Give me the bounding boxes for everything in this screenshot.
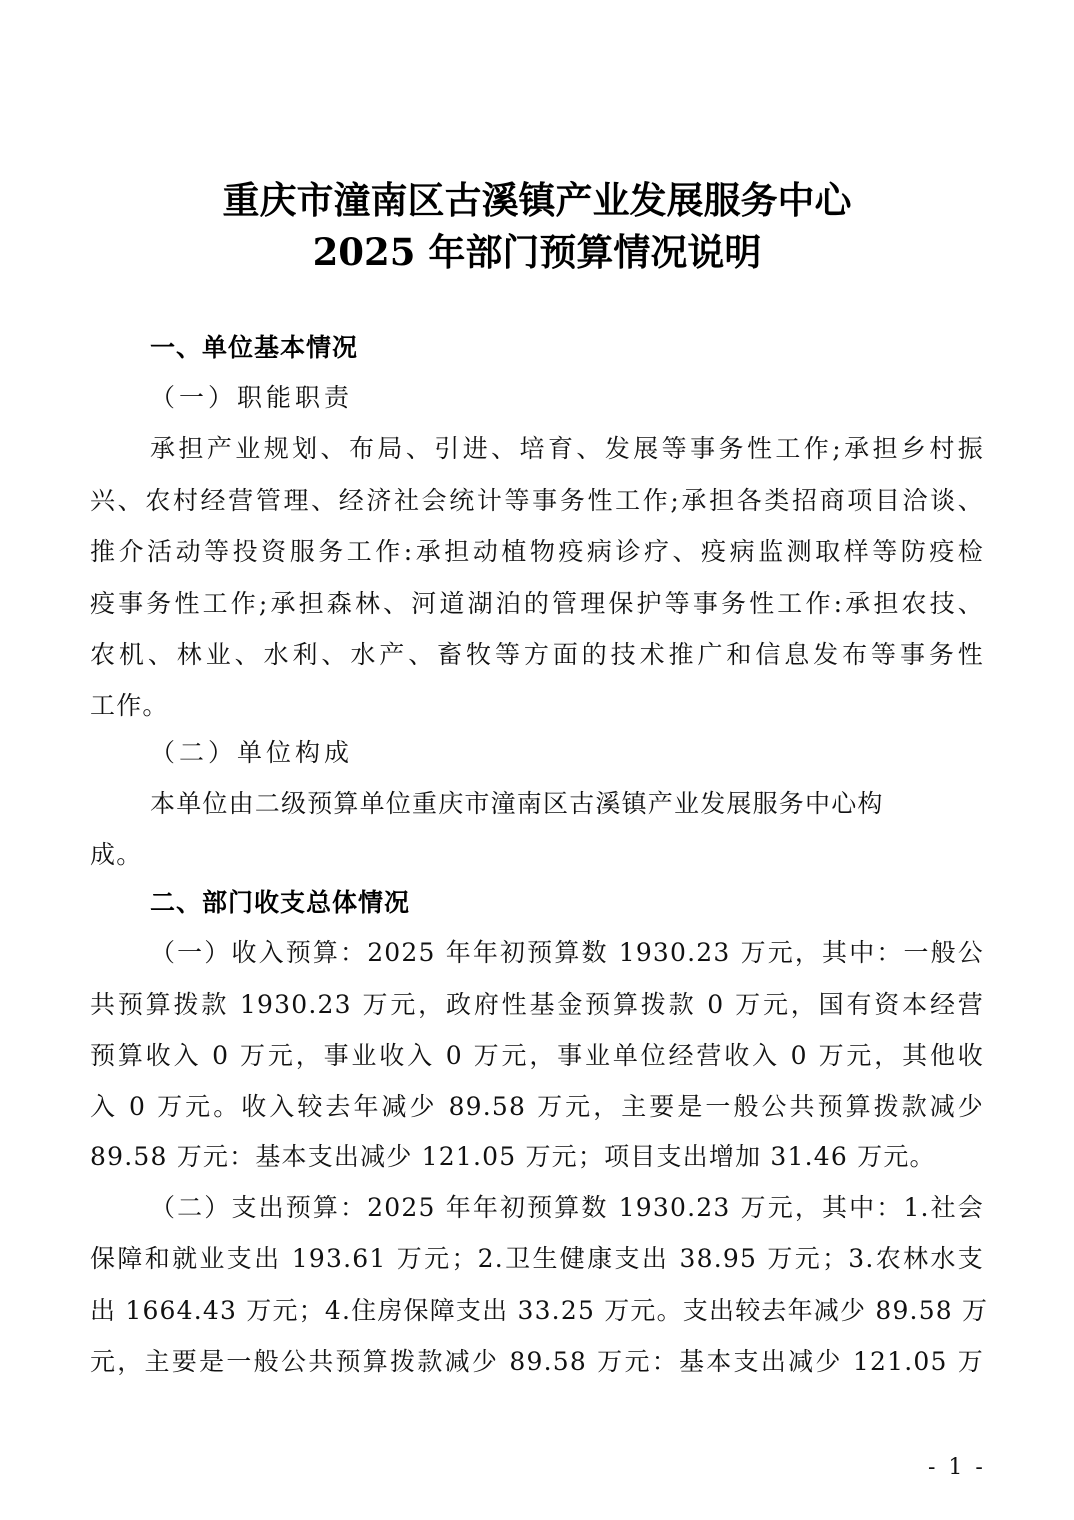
subsection-heading-composition: （二）单位构成 <box>150 738 984 768</box>
document-page: 重庆市潼南区古溪镇产业发展服务中心 2025 年部门预算情况说明 一、单位基本情… <box>0 0 1074 1520</box>
paragraph-line: 疫事务性工作;承担森林、河道湖泊的管理保护等事务性工作:承担农技、 <box>90 589 984 619</box>
paragraph-line: 出 1664.43 万元；4.住房保障支出 33.25 万元。支出较去年减少 8… <box>90 1296 984 1326</box>
paragraph-line: 89.58 万元：基本支出减少 121.05 万元；项目支出增加 31.46 万… <box>90 1142 984 1172</box>
paragraph-line: 保障和就业支出 193.61 万元；2.卫生健康支出 38.95 万元；3.农林… <box>90 1244 984 1274</box>
paragraph-line: 推介活动等投资服务工作:承担动植物疫病诊疗、疫病监测取样等防疫检 <box>90 537 984 567</box>
paragraph-line: 共预算拨款 1930.23 万元，政府性基金预算拨款 0 万元，国有资本经营 <box>90 990 984 1020</box>
paragraph-line: 预算收入 0 万元，事业收入 0 万元，事业单位经营收入 0 万元，其他收 <box>90 1041 984 1071</box>
paragraph-line: 工作。 <box>90 691 984 721</box>
paragraph-line: 本单位由二级预算单位重庆市潼南区古溪镇产业发展服务中心构 <box>150 789 984 819</box>
paragraph-line: （一）收入预算：2025 年年初预算数 1930.23 万元，其中：一般公 <box>150 938 984 968</box>
section-heading-basic-info: 一、单位基本情况 <box>150 333 358 363</box>
paragraph-line: 入 0 万元。收入较去年减少 89.58 万元，主要是一般公共预算拨款减少 <box>90 1092 984 1122</box>
page-number: - 1 - <box>928 1455 986 1480</box>
paragraph-line: （二）支出预算：2025 年年初预算数 1930.23 万元，其中：1.社会 <box>150 1193 984 1223</box>
paragraph-line: 承担产业规划、布局、引进、培育、发展等事务性工作;承担乡村振 <box>150 434 984 464</box>
subsection-heading-functions: （一）职能职责 <box>150 383 984 413</box>
document-title-line-2: 2025 年部门预算情况说明 <box>0 222 1074 276</box>
paragraph-line: 农机、林业、水利、水产、畜牧等方面的技术推广和信息发布等事务性 <box>90 640 984 670</box>
document-title-line-1: 重庆市潼南区古溪镇产业发展服务中心 <box>0 170 1074 224</box>
paragraph-line: 成。 <box>90 840 984 870</box>
paragraph-line: 兴、农村经营管理、经济社会统计等事务性工作;承担各类招商项目洽谈、 <box>90 486 984 516</box>
paragraph-line: 元，主要是一般公共预算拨款减少 89.58 万元：基本支出减少 121.05 万 <box>90 1347 984 1377</box>
section-heading-revenue-expenditure: 二、部门收支总体情况 <box>150 888 410 918</box>
